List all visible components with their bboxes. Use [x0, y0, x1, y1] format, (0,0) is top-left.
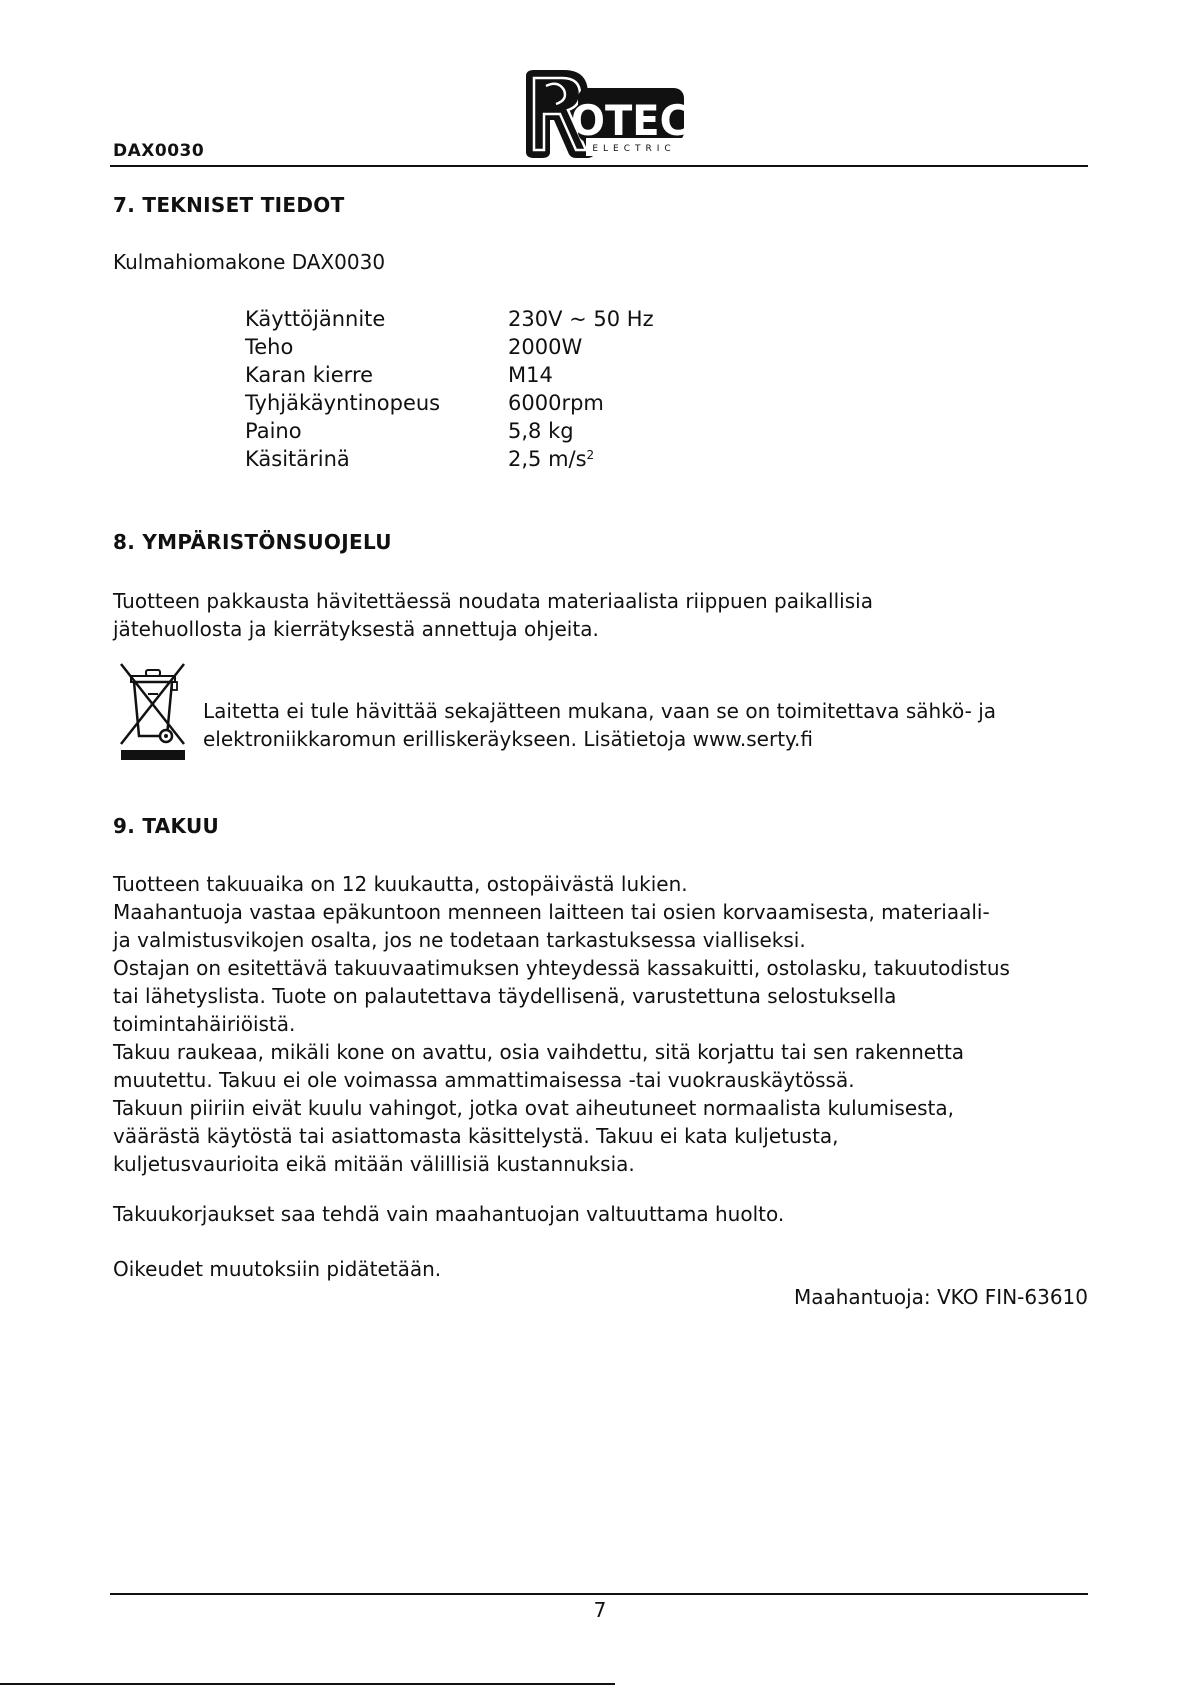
text-line: tai lähetyslista. Tuote on palautettava …	[113, 982, 1010, 1010]
text-line: Tuotteen pakkausta hävitettäessä noudata…	[113, 587, 873, 615]
spec-value: 2000W	[508, 333, 654, 361]
spec-row: Käyttöjännite230V ~ 50 Hz	[245, 305, 654, 333]
spec-row: Tyhjäkäyntinopeus6000rpm	[245, 389, 654, 417]
text-line: Takuun piiriin eivät kuulu vahingot, jot…	[113, 1094, 1010, 1122]
section-8-text: Tuotteen pakkausta hävitettäessä noudata…	[113, 587, 873, 643]
text-line: kuljetusvaurioita eikä mitään välillisiä…	[113, 1150, 1010, 1178]
spec-label: Käyttöjännite	[245, 305, 508, 333]
section-7-heading: 7. TEKNISET TIEDOT	[113, 193, 345, 217]
text-line: elektroniikkaromun erilliskeräykseen. Li…	[203, 725, 996, 753]
crossed-out-wheelie-bin-icon	[118, 658, 188, 762]
spec-value-text: 230V ~ 50 Hz	[508, 307, 654, 331]
text-line: muutettu. Takuu ei ole voimassa ammattim…	[113, 1066, 1010, 1094]
warranty-text: Tuotteen takuuaika on 12 kuukautta, osto…	[113, 870, 1010, 1178]
text-line: toimintahäiriöistä.	[113, 1010, 1010, 1038]
spec-value-text: 6000rpm	[508, 391, 604, 415]
header-divider	[110, 165, 1088, 167]
text-line: ja valmistusvikojen osalta, jos ne todet…	[113, 926, 1010, 954]
spec-value: 6000rpm	[508, 389, 654, 417]
rotec-logo-icon: OTEC ELECTRIC	[516, 68, 686, 160]
spec-label: Paino	[245, 417, 508, 445]
spec-label: Teho	[245, 333, 508, 361]
spec-value: 2,5 m/s2	[508, 445, 654, 473]
spec-row: Teho2000W	[245, 333, 654, 361]
spec-row: Karan kierreM14	[245, 361, 654, 389]
spec-row: Käsitärinä2,5 m/s2	[245, 445, 654, 473]
product-name: Kulmahiomakone DAX0030	[113, 248, 385, 276]
page-number: 7	[590, 1598, 610, 1622]
text-line: Laitetta ei tule hävittää sekajätteen mu…	[203, 697, 996, 725]
spec-table: Käyttöjännite230V ~ 50 HzTeho2000WKaran …	[245, 305, 654, 473]
document-code: DAX0030	[113, 141, 204, 161]
spec-label: Tyhjäkäyntinopeus	[245, 389, 508, 417]
spec-value: 5,8 kg	[508, 417, 654, 445]
spec-value-text: M14	[508, 363, 553, 387]
spec-label: Karan kierre	[245, 361, 508, 389]
svg-text:ELECTRIC: ELECTRIC	[592, 144, 675, 154]
text-line: Takuu raukeaa, mikäli kone on avattu, os…	[113, 1038, 1010, 1066]
spec-value-text: 5,8 kg	[508, 419, 574, 443]
importer-info: Maahantuoja: VKO FIN-63610	[600, 1283, 1088, 1311]
service-note: Takuukorjaukset saa tehdä vain maahantuo…	[113, 1200, 784, 1228]
spec-label: Käsitärinä	[245, 445, 508, 473]
weee-text: Laitetta ei tule hävittää sekajätteen mu…	[203, 697, 996, 753]
section-8-heading: 8. YMPÄRISTÖNSUOJELU	[113, 530, 392, 554]
text-line: jätehuollosta ja kierrätyksestä annettuj…	[113, 615, 873, 643]
spec-value: M14	[508, 361, 654, 389]
rights-note: Oikeudet muutoksiin pidätetään.	[113, 1255, 441, 1283]
text-line: Tuotteen takuuaika on 12 kuukautta, osto…	[113, 870, 1010, 898]
text-line: Maahantuoja vastaa epäkuntoon menneen la…	[113, 898, 1010, 926]
spec-row: Paino5,8 kg	[245, 417, 654, 445]
text-line: Ostajan on esitettävä takuuvaatimuksen y…	[113, 954, 1010, 982]
section-9-heading: 9. TAKUU	[113, 814, 219, 838]
spec-value-exponent: 2	[587, 448, 595, 462]
spec-value-text: 2,5 m/s	[508, 447, 587, 471]
spec-value-text: 2000W	[508, 335, 582, 359]
spec-value: 230V ~ 50 Hz	[508, 305, 654, 333]
text-line: väärästä käytöstä tai asiattomasta käsit…	[113, 1122, 1010, 1150]
footer-divider	[110, 1593, 1088, 1595]
